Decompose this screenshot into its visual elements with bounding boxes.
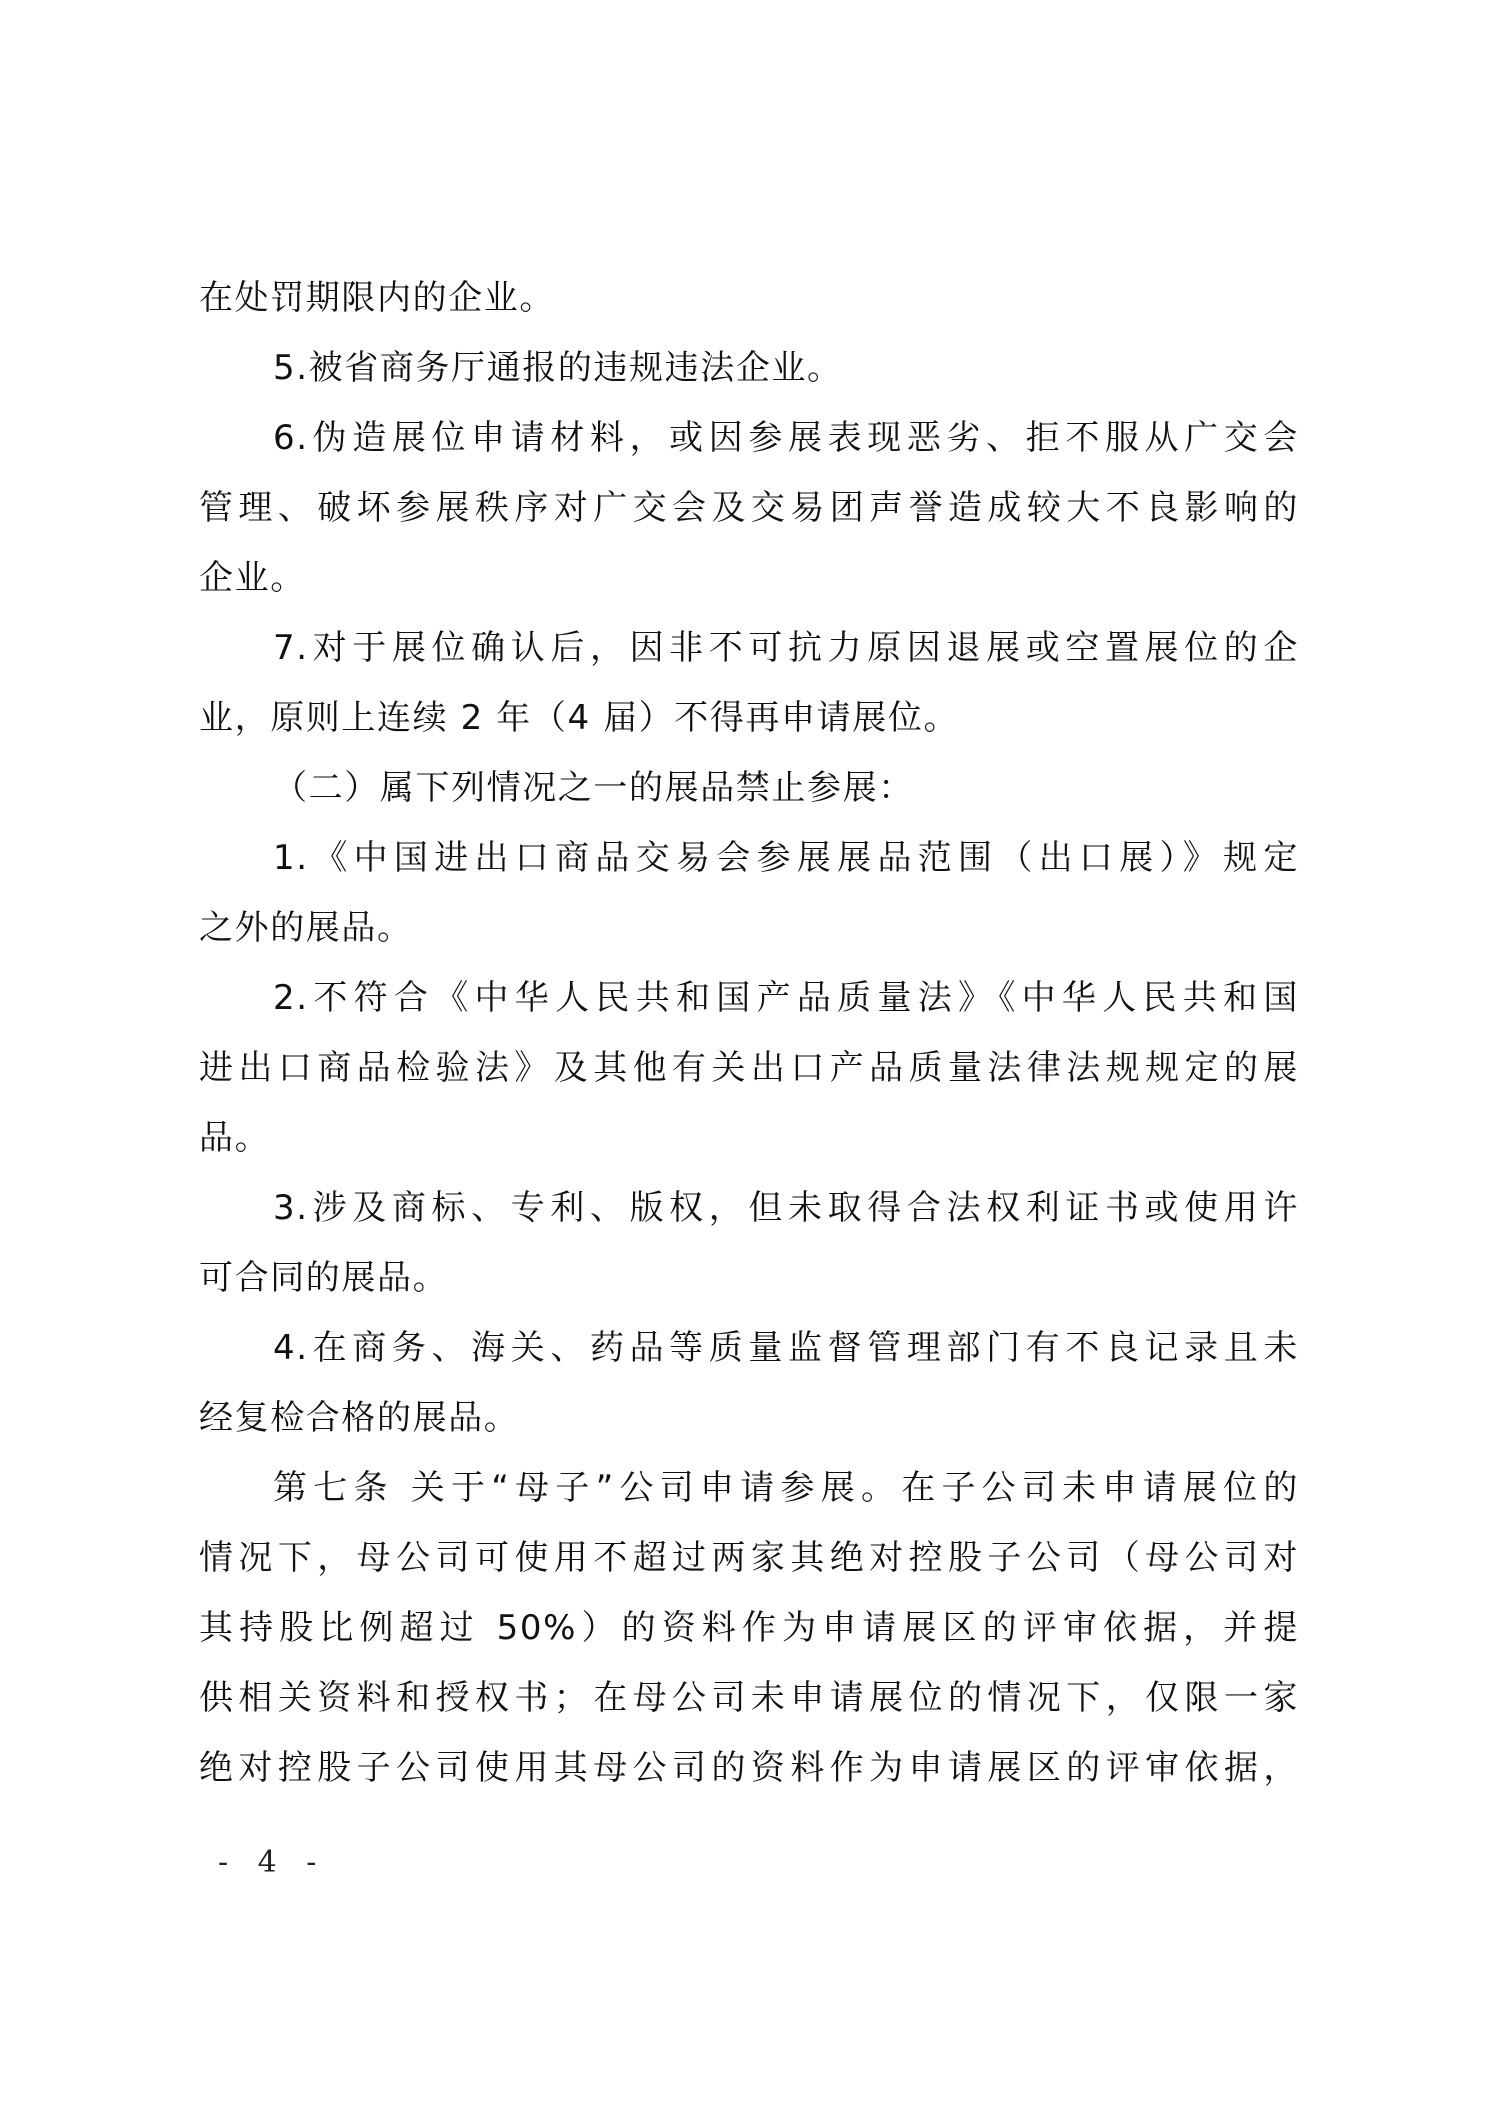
article-heading-line: 第七条 关于“母子”公司申请参展。在子公司未申请展位的 bbox=[199, 1453, 1299, 1523]
section-heading: （二）属下列情况之一的展品禁止参展： bbox=[199, 753, 1299, 823]
text-line: 2.不符合《中华人民共和国产品质量法》《中华人民共和国 bbox=[199, 963, 1299, 1033]
text-line: 1.《中国进出口商品交易会参展展品范围（出口展）》规定 bbox=[199, 823, 1299, 893]
document-page: 在处罚期限内的企业。 5.被省商务厅通报的违规违法企业。 6.伪造展位申请材料，… bbox=[0, 0, 1488, 2104]
text-line: 3.涉及商标、专利、版权，但未取得合法权利证书或使用许 bbox=[199, 1173, 1299, 1243]
text-line: 其持股比例超过 50%）的资料作为申请展区的评审依据，并提 bbox=[199, 1593, 1299, 1663]
text-line: 企业。 bbox=[199, 543, 1299, 613]
text-line: 业，原则上连续 2 年（4 届）不得再申请展位。 bbox=[199, 683, 1299, 753]
text-line: 绝对控股子公司使用其母公司的资料作为申请展区的评审依据， bbox=[199, 1733, 1299, 1803]
text-line: 7.对于展位确认后，因非不可抗力原因退展或空置展位的企 bbox=[199, 613, 1299, 683]
document-body: 在处罚期限内的企业。 5.被省商务厅通报的违规违法企业。 6.伪造展位申请材料，… bbox=[199, 263, 1299, 1803]
text-line: 4.在商务、海关、药品等质量监督管理部门有不良记录且未 bbox=[199, 1313, 1299, 1383]
page-number: - 4 - bbox=[218, 1845, 326, 1880]
text-line: 管理、破坏参展秩序对广交会及交易团声誉造成较大不良影响的 bbox=[199, 473, 1299, 543]
text-line: 在处罚期限内的企业。 bbox=[199, 263, 1299, 333]
text-line: 之外的展品。 bbox=[199, 893, 1299, 963]
text-line: 情况下，母公司可使用不超过两家其绝对控股子公司（母公司对 bbox=[199, 1523, 1299, 1593]
text-line: 5.被省商务厅通报的违规违法企业。 bbox=[199, 333, 1299, 403]
text-line: 可合同的展品。 bbox=[199, 1243, 1299, 1313]
text-line: 品。 bbox=[199, 1103, 1299, 1173]
text-line: 进出口商品检验法》及其他有关出口产品质量法律法规规定的展 bbox=[199, 1033, 1299, 1103]
text-line: 6.伪造展位申请材料，或因参展表现恶劣、拒不服从广交会 bbox=[199, 403, 1299, 473]
text-line: 经复检合格的展品。 bbox=[199, 1383, 1299, 1453]
text-line: 供相关资料和授权书；在母公司未申请展位的情况下，仅限一家 bbox=[199, 1663, 1299, 1733]
